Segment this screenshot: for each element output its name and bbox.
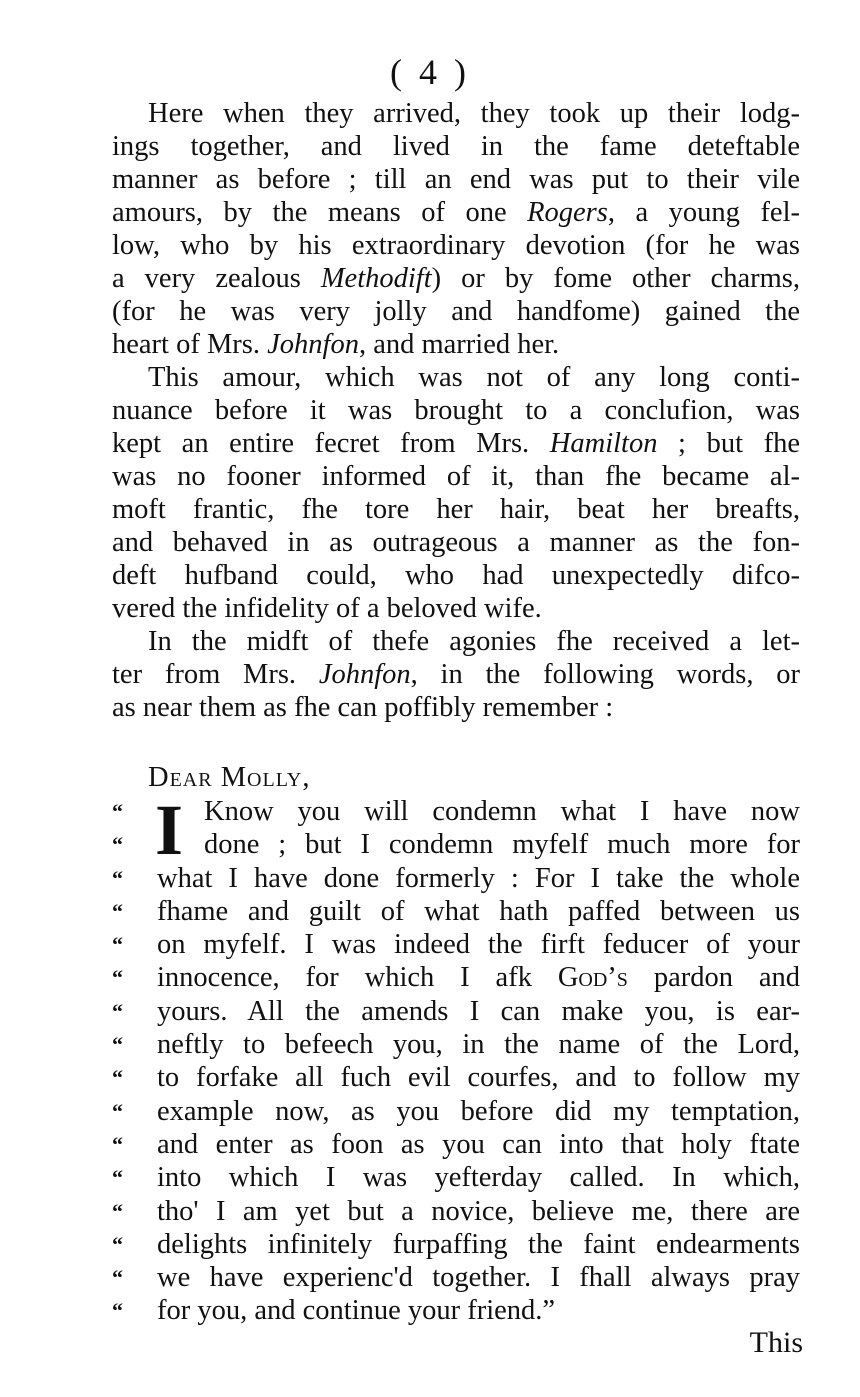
text-line: nuance before it was brought to a conclu…: [112, 394, 800, 427]
italic-word-methodist: Methodift: [321, 263, 432, 294]
text-fragment: , in the following words, or: [411, 659, 800, 690]
letter-line: “ we have experienc'd together. I fhall …: [112, 1261, 800, 1294]
text-line: moft frantic, fhe tore her hair, beat he…: [112, 493, 800, 526]
letter-text: done ; but I condemn myfelf much more fo…: [204, 828, 800, 861]
quotation-mark: “: [112, 1228, 152, 1261]
text-line: as near them as fhe can poffibly remembe…: [112, 691, 800, 724]
italic-name-johnson: Johnfon: [319, 659, 411, 690]
quotation-mark: “: [112, 1161, 152, 1194]
letter-text: tho' I am yet but a novice, believe me, …: [157, 1195, 800, 1228]
letter-line: “ delights infinitely furpaffing the fai…: [112, 1228, 800, 1261]
letter-text: example now, as you before did my tempta…: [157, 1095, 800, 1128]
quotation-mark: “: [112, 1095, 152, 1128]
letter-text: on myfelf. I was indeed the firft feduce…: [157, 928, 800, 961]
quotation-mark: “: [112, 828, 152, 861]
text-fragment: amours, by the means of one: [112, 197, 527, 228]
letter-line: “ neftly to befeech you, in the name of …: [112, 1028, 800, 1061]
quotation-mark: “: [112, 928, 152, 961]
text-fragment: innocence, for which I afk: [157, 962, 558, 993]
text-line: was no fooner informed of it, than fhe b…: [112, 460, 800, 493]
text-fragment: pardon and: [628, 962, 800, 993]
letter-text: delights infinitely furpaffing the faint…: [157, 1228, 800, 1261]
letter-line: “ example now, as you before did my temp…: [112, 1095, 800, 1128]
text-line: In the midft of thefe agonies fhe receiv…: [112, 625, 800, 658]
italic-name-rogers: Rogers: [527, 197, 608, 228]
letter-line: “ innocence, for which I afk God’s pardo…: [112, 961, 800, 994]
text-fragment: , and married her.: [359, 329, 559, 360]
letter-line: “ yours. All the amends I can make you, …: [112, 995, 800, 1028]
quotation-mark: “: [112, 1195, 152, 1228]
quotation-mark: “: [112, 1261, 152, 1294]
text-line: low, who by his extraordinary devotion (…: [112, 229, 800, 262]
text-line: amours, by the means of one Rogers, a yo…: [112, 196, 800, 229]
text-fragment: heart of Mrs.: [112, 329, 267, 360]
letter-text: yours. All the amends I can make you, is…: [157, 995, 800, 1028]
text-line: Here when they arrived, they took up the…: [112, 97, 800, 130]
letter-line: “ on myfelf. I was indeed the firft fedu…: [112, 928, 800, 961]
text-line: manner as before ; till an end was put t…: [112, 163, 800, 196]
letter-text: neftly to befeech you, in the name of th…: [157, 1028, 800, 1061]
small-caps-god: God’s: [558, 962, 628, 993]
letter-text: and enter as foon as you can into that h…: [157, 1128, 800, 1161]
text-fragment: a very zealous: [112, 263, 321, 294]
letter-line: “ to forfake all fuch evil courfes, and …: [112, 1061, 800, 1094]
letter-line: “ for you, and continue your friend.”: [112, 1294, 800, 1327]
quotation-mark: “: [112, 862, 152, 895]
text-fragment: kept an entire fecret from Mrs.: [112, 428, 550, 459]
letter-line: “ fhame and guilt of what hath paffed be…: [112, 895, 800, 928]
letter-line: “ what I have done formerly : For I take…: [112, 862, 800, 895]
italic-name-hamilton: Hamilton: [550, 428, 658, 459]
quotation-mark: “: [112, 961, 152, 994]
text-line: and behaved in as outrageous a manner as…: [112, 526, 800, 559]
quotation-mark: “: [112, 895, 152, 928]
quotation-mark: “: [112, 1028, 152, 1061]
text-fragment: ter from Mrs.: [112, 659, 319, 690]
quotation-mark: “: [112, 1128, 152, 1161]
text-line: This amour, which was not of any long co…: [112, 361, 800, 394]
paragraph-1: Here when they arrived, they took up the…: [112, 97, 800, 361]
text-line: deft hufband could, who had unexpectedly…: [112, 559, 800, 592]
paragraph-2: This amour, which was not of any long co…: [112, 361, 800, 625]
italic-name-johnson: Johnfon: [267, 329, 359, 360]
letter-text: to forfake all fuch evil courfes, and to…: [157, 1061, 800, 1094]
letter-text: innocence, for which I afk God’s pardon …: [157, 961, 800, 994]
narrative-text: Here when they arrived, they took up the…: [112, 97, 800, 724]
letter-body: “ I Know you will condemn what I have no…: [112, 795, 800, 1328]
letter-text: Know you will condemn what I have now: [204, 795, 800, 828]
quotation-mark: “: [112, 1294, 152, 1327]
text-line: heart of Mrs. Johnfon, and married her.: [112, 328, 800, 361]
letter-line: “ into which I was yefterday called. In …: [112, 1161, 800, 1194]
letter-line: “ done ; but I condemn myfelf much more …: [112, 828, 800, 861]
letter-text: we have experienc'd together. I fhall al…: [157, 1261, 800, 1294]
catchword: This: [750, 1325, 803, 1361]
letter-text: for you, and continue your friend.”: [157, 1294, 800, 1327]
paragraph-3: In the midft of thefe agonies fhe receiv…: [112, 625, 800, 724]
quotation-mark: “: [112, 1061, 152, 1094]
text-line: ter from Mrs. Johnfon, in the following …: [112, 658, 800, 691]
quotation-mark: “: [112, 795, 152, 828]
text-fragment: ) or by fome other charms,: [432, 263, 800, 294]
letter-text: into which I was yefterday called. In wh…: [157, 1161, 800, 1194]
text-line: ings together, and lived in the fame det…: [112, 130, 800, 163]
text-line: (for he was very jolly and handfome) gai…: [112, 295, 800, 328]
letter-text: fhame and guilt of what hath paffed betw…: [157, 895, 800, 928]
letter-line: “ I Know you will condemn what I have no…: [112, 795, 800, 828]
text-line: kept an entire fecret from Mrs. Hamilton…: [112, 427, 800, 460]
text-fragment: ; but fhe: [657, 428, 800, 459]
text-line: a very zealous Methodift) or by fome oth…: [112, 262, 800, 295]
quotation-mark: “: [112, 995, 152, 1028]
text-fragment: , a young fel-: [608, 197, 800, 228]
text-line: vered the infidelity of a beloved wife.: [112, 592, 800, 625]
page-number: ( 4 ): [0, 50, 860, 94]
book-page: ( 4 ) Here when they arrived, they took …: [0, 0, 860, 1397]
letter-text: what I have done formerly : For I take t…: [157, 862, 800, 895]
letter-line: “ and enter as foon as you can into that…: [112, 1128, 800, 1161]
letter-line: “ tho' I am yet but a novice, believe me…: [112, 1195, 800, 1228]
